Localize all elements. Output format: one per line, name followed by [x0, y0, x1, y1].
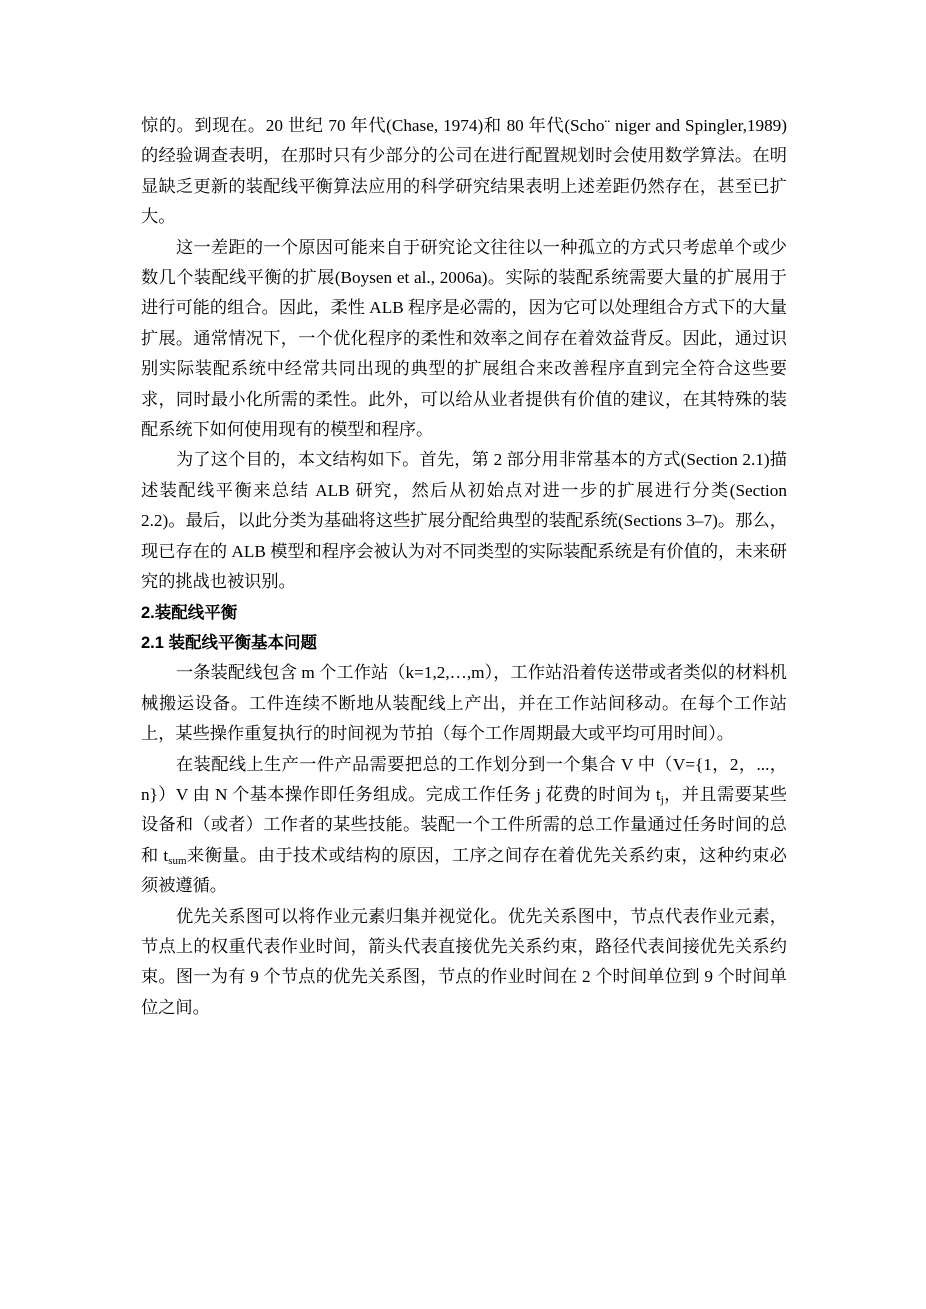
paragraph-precedence-graph: 优先关系图可以将作业元素归集并视觉化。优先关系图中，节点代表作业元素，节点上的权…	[141, 902, 787, 1024]
paragraph-workstations: 一条装配线包含 m 个工作站（k=1,2,…,m），工作站沿着传送带或者类似的材…	[141, 658, 787, 749]
paragraph-tasks: 在装配线上生产一件产品需要把总的工作划分到一个集合 V 中（V={1，2，...…	[141, 750, 787, 902]
paragraph-research-gap: 这一差距的一个原因可能来自于研究论文往往以一种孤立的方式只考虑单个或少数几个装配…	[141, 233, 787, 446]
paragraph-intro-continuation: 惊的。到现在。20 世纪 70 年代(Chase, 1974)和 80 年代(S…	[141, 111, 787, 233]
paragraph-paper-structure: 为了这个目的，本文结构如下。首先，第 2 部分用非常基本的方式(Section …	[141, 445, 787, 597]
subscript-sum: sum	[168, 855, 186, 867]
document-page: 惊的。到现在。20 世纪 70 年代(Chase, 1974)和 80 年代(S…	[141, 111, 787, 1023]
tasks-text-3: 来衡量。由于技术或结构的原因，工序之间存在着优先关系约束，这种约束必须被遵循。	[141, 846, 787, 895]
subsection-heading: 2.1 装配线平衡基本问题	[141, 628, 787, 658]
section-heading: 2.装配线平衡	[141, 598, 787, 628]
